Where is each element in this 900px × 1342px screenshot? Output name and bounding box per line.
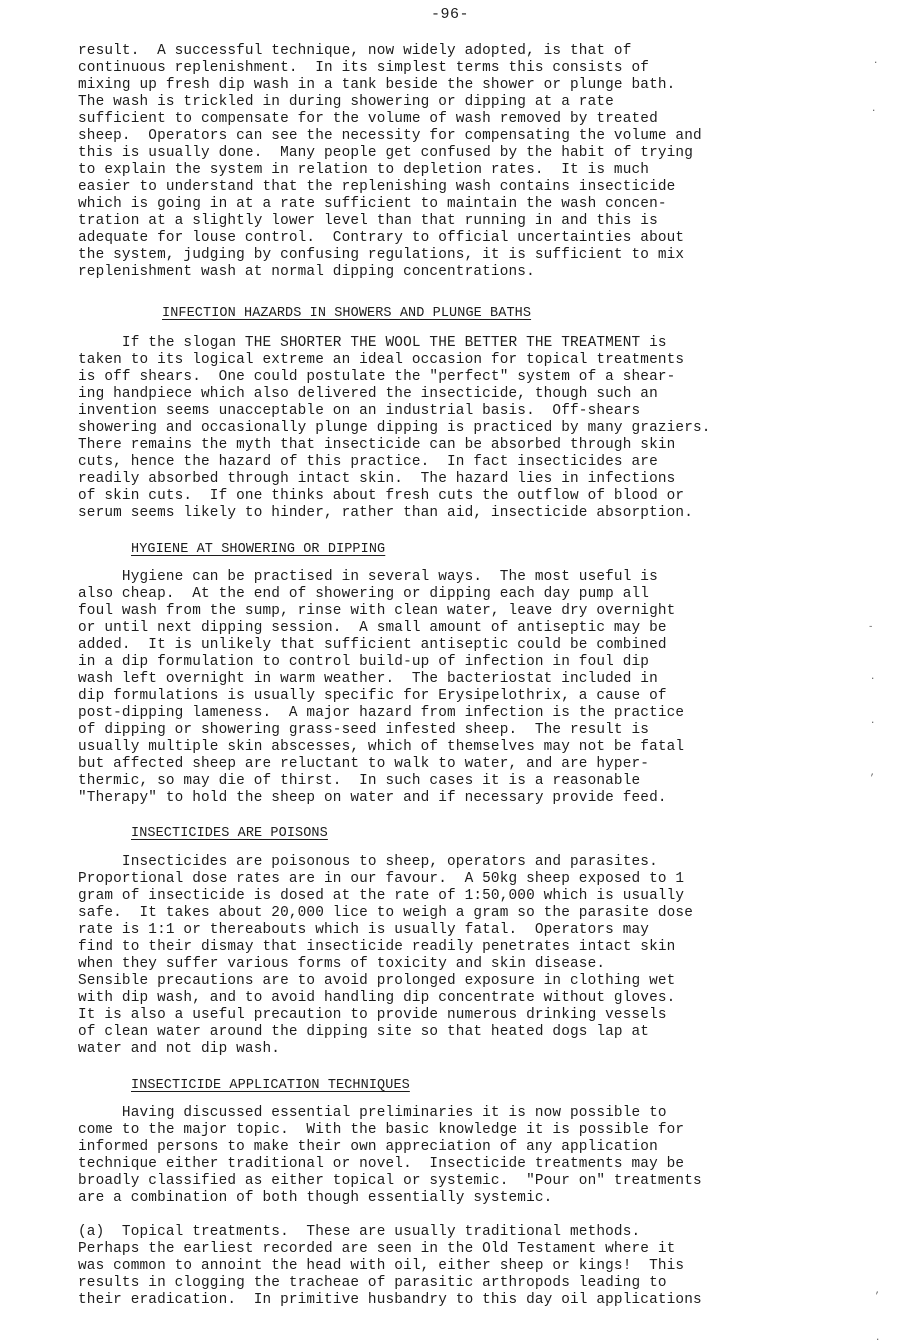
paragraph-line: of skin cuts. If one thinks about fresh …	[78, 488, 684, 505]
paragraph-line: Hygiene can be practised in several ways…	[78, 569, 658, 586]
scan-speck: ·	[870, 674, 875, 684]
scan-speck: ·	[873, 58, 878, 68]
paragraph-line: usually multiple skin abscesses, which o…	[78, 739, 684, 756]
paragraph-line: rate is 1:1 or thereabouts which is usua…	[78, 922, 649, 939]
scan-speck: ·	[875, 1335, 880, 1342]
paragraph-line: added. It is unlikely that sufficient an…	[78, 637, 667, 654]
paragraph-line: mixing up fresh dip wash in a tank besid…	[78, 77, 675, 94]
paragraph-line: cuts, hence the hazard of this practice.…	[78, 454, 658, 471]
paragraph-line: showering and occasionally plunge dippin…	[78, 420, 711, 437]
paragraph-line: of dipping or showering grass-seed infes…	[78, 722, 649, 739]
paragraph-line: (a) Topical treatments. These are usuall…	[78, 1224, 640, 1241]
paragraph-line: the system, judging by confusing regulat…	[78, 247, 684, 264]
paragraph-line: of clean water around the dipping site s…	[78, 1024, 649, 1041]
paragraph-line: "Therapy" to hold the sheep on water and…	[78, 790, 667, 807]
paragraph-line: also cheap. At the end of showering or d…	[78, 586, 649, 603]
paragraph-line: Insecticides are poisonous to sheep, ope…	[78, 854, 658, 871]
paragraph-line: result. A successful technique, now wide…	[78, 43, 632, 60]
paragraph-line: gram of insecticide is dosed at the rate…	[78, 888, 684, 905]
paragraph-line: Having discussed essential preliminaries…	[78, 1105, 667, 1122]
paragraph-line: Sensible precautions are to avoid prolon…	[78, 973, 675, 990]
paragraph-line: this is usually done. Many people get co…	[78, 145, 693, 162]
paragraph-line: is off shears. One could postulate the "…	[78, 369, 675, 386]
paragraph-line: which is going in at a rate sufficient t…	[78, 196, 667, 213]
paragraph-line: when they suffer various forms of toxici…	[78, 956, 605, 973]
scan-speck: ·	[870, 718, 875, 728]
paragraph-line: There remains the myth that insecticide …	[78, 437, 675, 454]
paragraph-line: find to their dismay that insecticide re…	[78, 939, 675, 956]
paragraph-line: tration at a slightly lower level than t…	[78, 213, 658, 230]
paragraph-line: was common to annoint the head with oil,…	[78, 1258, 684, 1275]
paragraph-line: but affected sheep are reluctant to walk…	[78, 756, 649, 773]
paragraph-line: come to the major topic. With the basic …	[78, 1122, 684, 1139]
paragraph-line: If the slogan THE SHORTER THE WOOL THE B…	[78, 335, 667, 352]
scan-speck: ,	[870, 768, 875, 778]
paragraph-line: or until next dipping session. A small a…	[78, 620, 667, 637]
paragraph-line: ing handpiece which also delivered the i…	[78, 386, 658, 403]
section-heading: INSECTICIDES ARE POISONS	[131, 825, 328, 842]
paragraph-line: The wash is trickled in during showering…	[78, 94, 614, 111]
paragraph-line: easier to understand that the replenishi…	[78, 179, 675, 196]
paragraph-line: safe. It takes about 20,000 lice to weig…	[78, 905, 693, 922]
paragraph-line: informed persons to make their own appre…	[78, 1139, 658, 1156]
paragraph-line: readily absorbed through intact skin. Th…	[78, 471, 675, 488]
paragraph-line: invention seems unacceptable on an indus…	[78, 403, 640, 420]
paragraph-line: to explain the system in relation to dep…	[78, 162, 649, 179]
paragraph-line: foul wash from the sump, rinse with clea…	[78, 603, 675, 620]
paragraph-line: continuous replenishment. In its simples…	[78, 60, 649, 77]
scan-speck: ·	[871, 106, 876, 116]
paragraph-line: It is also a useful precaution to provid…	[78, 1007, 667, 1024]
paragraph-line: Proportional dose rates are in our favou…	[78, 871, 684, 888]
scan-speck: -	[868, 622, 873, 632]
paragraph-line: technique either traditional or novel. I…	[78, 1156, 684, 1173]
paragraph-line: serum seems likely to hinder, rather tha…	[78, 505, 693, 522]
paragraph-line: water and not dip wash.	[78, 1041, 280, 1058]
scan-speck: ,	[875, 1286, 880, 1296]
paragraph-line: sheep. Operators can see the necessity f…	[78, 128, 702, 145]
paragraph-line: results in clogging the tracheae of para…	[78, 1275, 667, 1292]
paragraph-line: wash left overnight in warm weather. The…	[78, 671, 658, 688]
paragraph-line: post-dipping lameness. A major hazard fr…	[78, 705, 684, 722]
paragraph-line: their eradication. In primitive husbandr…	[78, 1292, 702, 1309]
paragraph-line: with dip wash, and to avoid handling dip…	[78, 990, 675, 1007]
paragraph-line: thermic, so may die of thirst. In such c…	[78, 773, 640, 790]
section-heading: HYGIENE AT SHOWERING OR DIPPING	[131, 541, 385, 558]
paragraph-line: broadly classified as either topical or …	[78, 1173, 702, 1190]
section-heading: INSECTICIDE APPLICATION TECHNIQUES	[131, 1077, 410, 1094]
paragraph-line: adequate for louse control. Contrary to …	[78, 230, 684, 247]
paragraph-line: dip formulations is usually specific for…	[78, 688, 667, 705]
section-heading: INFECTION HAZARDS IN SHOWERS AND PLUNGE …	[162, 305, 531, 322]
paragraph-line: sufficient to compensate for the volume …	[78, 111, 658, 128]
paragraph-line: in a dip formulation to control build-up…	[78, 654, 649, 671]
paragraph-line: taken to its logical extreme an ideal oc…	[78, 352, 684, 369]
page-number: -96-	[0, 6, 900, 23]
paragraph-line: are a combination of both though essenti…	[78, 1190, 552, 1207]
paragraph-line: replenishment wash at normal dipping con…	[78, 264, 535, 281]
paragraph-line: Perhaps the earliest recorded are seen i…	[78, 1241, 675, 1258]
